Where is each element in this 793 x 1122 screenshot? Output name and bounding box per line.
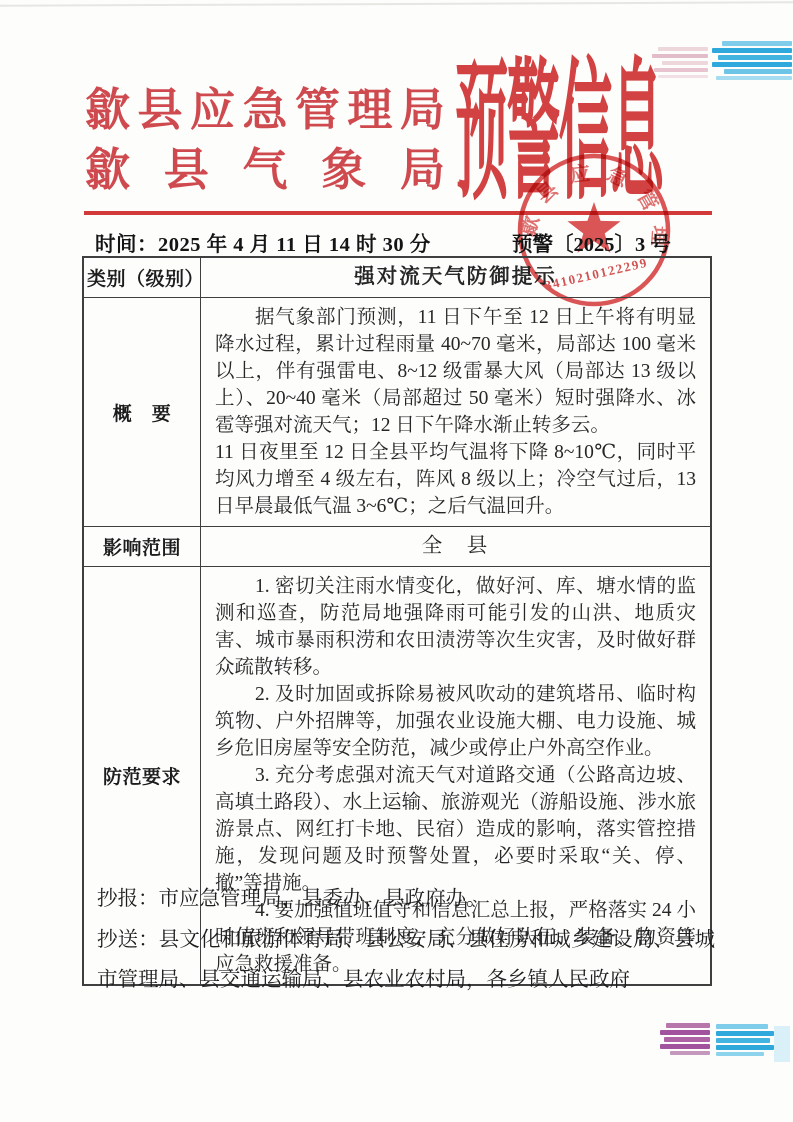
scan-artifact-blue-bottom: [716, 1024, 774, 1056]
requirement-item-1: 1. 密切关注雨水情变化，做好河、库、塘水情的监测和巡查，防范局地强降雨可能引发…: [215, 573, 696, 681]
row-label-summary: 概 要: [83, 298, 201, 527]
table-row-scope: 影响范围 全 县: [83, 527, 711, 567]
footer-cc-send: 抄送：县文化和旅游体育局、县公安局、县住房和城乡建设局、县城市管理局、县交通运输…: [97, 920, 715, 1001]
row-value-summary: 据气象部门预测，11 日下午至 12 日上午将有明显降水过程，累计过程雨量 40…: [201, 298, 712, 527]
summary-paragraph-2: 11 日夜里至 12 日全县平均气温将下降 8~10℃，同时平均风力增至 4 级…: [215, 439, 696, 520]
row-label-scope: 影响范围: [83, 527, 201, 567]
scan-line-artifact: [0, 1, 793, 6]
row-value-scope: 全 县: [201, 527, 712, 567]
scan-artifact-blue-top: [712, 41, 792, 80]
scan-artifact-cyan-fade: [774, 1026, 790, 1062]
info-table: 类别（级别） 强对流天气防御提示 概 要 据气象部门预测，11 日下午至 12 …: [82, 256, 712, 986]
footer-cc-block: 抄报：市应急管理局，县委办、县政府办。 抄送：县文化和旅游体育局、县公安局、县住…: [97, 879, 715, 1001]
scan-artifact-purple-bottom: [660, 1023, 710, 1055]
org-name-line2: 歙县气象局: [85, 147, 445, 193]
requirement-item-2: 2. 及时加固或拆除易被风吹动的建筑塔吊、临时构筑物、户外招牌等，加强农业设施大…: [215, 681, 696, 762]
summary-paragraph-1: 据气象部门预测，11 日下午至 12 日上午将有明显降水过程，累计过程雨量 40…: [215, 304, 696, 439]
doc-number: 预警〔2025〕3 号: [512, 227, 671, 257]
table-row-summary: 概 要 据气象部门预测，11 日下午至 12 日上午将有明显降水过程，累计过程雨…: [83, 298, 711, 527]
issue-time: 时间：2025 年 4 月 11 日 14 时 30 分: [95, 227, 431, 257]
row-value-category: 强对流天气防御提示: [201, 257, 712, 298]
footer-cc-report: 抄报：市应急管理局，县委办、县政府办。: [97, 879, 715, 920]
row-label-category: 类别（级别）: [83, 257, 201, 298]
scanned-document-page: { "colors": { "brand_red": "#cf4a4e", "s…: [0, 0, 793, 1122]
org-name-line1: 歙县应急管理局: [85, 87, 445, 133]
requirement-item-3: 3. 充分考虑强对流天气对道路交通（公路高边坡、高填土路段）、水上运输、旅游观光…: [215, 762, 696, 897]
table-row-category: 类别（级别） 强对流天气防御提示: [83, 257, 711, 298]
